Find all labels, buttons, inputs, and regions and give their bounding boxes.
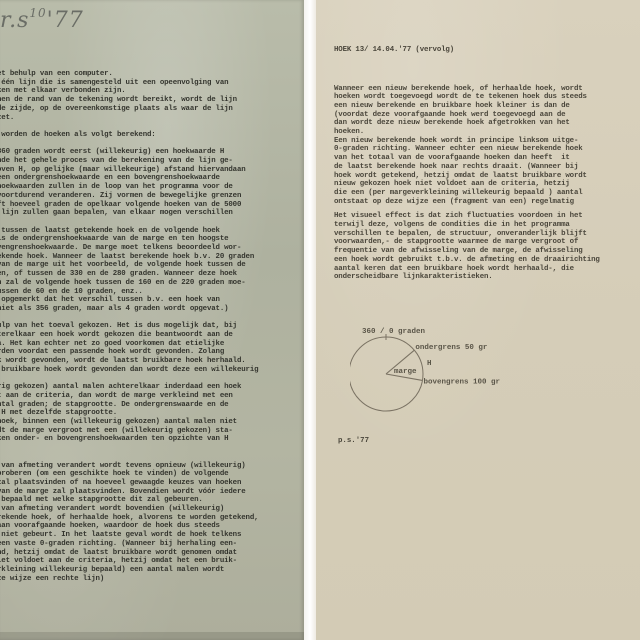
text-line: rekende hoek, of herhaalde hoek, alvoren…: [0, 514, 258, 523]
lower-bound-label: ondergrens 50 gr: [415, 344, 487, 352]
left-page-text: et behulp van een computer. één lijn die…: [0, 70, 258, 592]
text-line: van afmeting verandert wordt bovendien (…: [0, 505, 258, 514]
text-line: bruikbare hoek wordt gevonden dan wordt …: [0, 366, 258, 375]
marge-label: marge: [394, 368, 417, 376]
text-line: oven H, op gelijke (maar willekeurige) a…: [0, 166, 258, 175]
left-page: r.s10'77 et behulp van een computer. één…: [0, 0, 304, 640]
paragraph: rig gekozen) aantal malen achterelkaar i…: [0, 383, 258, 453]
text-line: terelkaar een hoek wordt gekozen die bea…: [0, 331, 258, 340]
text-line: (voordat deze voorafgaande hoek werd toe…: [334, 111, 600, 120]
text-line: een vaste 0-graden richting. (Wanneer bi…: [0, 540, 258, 549]
text-line: Het visueel effect is dat zich fluctuati…: [334, 212, 600, 221]
right-paragraphs: Wanneer een nieuw berekende hoek, of her…: [334, 85, 600, 282]
text-line: dan wordt deze nieuw berekende hoek afge…: [334, 119, 600, 128]
text-line: k wordt gevonden, wordt de laatst bruikb…: [0, 357, 258, 366]
text-line: Wanneer een nieuw berekende hoek, of her…: [334, 85, 600, 94]
handwritten-prefix: r.s: [0, 8, 29, 33]
text-line: vengrenshoekwaarde. De marge moet telken…: [0, 244, 258, 253]
upper-bound-label: bovengrens 100 gr: [423, 378, 500, 386]
text-line: voorwaarden,- de stapgrootte waarmee de …: [334, 238, 600, 247]
text-line: hoek wordt getekend, hetzij omdat de laa…: [334, 172, 600, 181]
text-line: nde het gehele proces van de berekening …: [0, 157, 258, 166]
text-line: t aan de criteria, dan wordt de marge ve…: [0, 392, 258, 401]
h-label: H: [427, 360, 432, 368]
text-line: voortdurend veranderen. Zij vormen de be…: [0, 192, 258, 201]
page-gutter: [304, 0, 316, 640]
right-page-text: HOEK 13/ 14.04.'77 (vervolg) Wanneer een…: [334, 29, 600, 305]
text-line: zet.: [0, 114, 258, 123]
text-line: ntal graden; de stapgrootte. De ondergre…: [0, 401, 258, 410]
text-line: niet als 356 graden, maar als 4 graden w…: [0, 305, 258, 314]
text-line: 360 graden wordt eerst (willekeurig) een…: [0, 148, 258, 157]
text-line: proberen (om een geschikte hoek te vinde…: [0, 470, 258, 479]
paragraph: Wanneer een nieuw berekende hoek, of her…: [334, 85, 600, 207]
page-header: HOEK 13/ 14.04.'77 (vervolg): [334, 46, 600, 55]
text-line: de laatst berekende hoek naar rechts dra…: [334, 163, 600, 172]
text-line: iet voldoet aan de criteria, hetzij omda…: [0, 557, 258, 566]
text-line: ontstaat op deze wijze een (fragment van…: [334, 198, 600, 207]
text-line: tussen de laatst getekende hoek en de vo…: [0, 227, 258, 236]
text-line: ekende hoek. Wanneer de laatst berekende…: [0, 253, 258, 262]
text-line: hoek, binnen een (willekeurig gekozen) a…: [0, 418, 258, 427]
text-line: en, of tussen de 330 en de 280 graden. W…: [0, 270, 258, 279]
paragraph: Het visueel effect is dat zich fluctuati…: [334, 212, 600, 282]
text-line: bepaald met welke stapgrootte dit zal ge…: [0, 496, 258, 505]
text-line: et behulp van een computer.: [0, 70, 258, 79]
text-line: nd, hetzij omdat de laatst bruikbare wor…: [0, 549, 258, 558]
text-line: één lijn die is samengesteld uit een ope…: [0, 79, 258, 88]
text-line: aan voorafgaande hoeken, waardoor de hoe…: [0, 522, 258, 531]
text-line: opgemerkt dat het verschil tussen b.v. e…: [0, 296, 258, 305]
text-line: .: [0, 444, 258, 453]
paragraph: 360 graden wordt eerst (willekeurig) een…: [0, 148, 258, 218]
text-line: van de marge uit het voorbeeld, de volge…: [0, 261, 258, 270]
text-line: rden voordat een passende hoek wordt gev…: [0, 348, 258, 357]
text-line: niet gebeurt. In het laatste geval wordt…: [0, 531, 258, 540]
text-line: rkleining willekeurig bepaald) een aanta…: [0, 566, 258, 575]
text-line: ken met elkaar verbonden zijn.: [0, 87, 258, 96]
text-line: van het totaal van de voorafgaande hoeke…: [334, 154, 600, 163]
paragraph: ulp van het toeval gekozen. Het is dus m…: [0, 322, 258, 374]
text-line: een ondergrenshoekwaarde en een bovengre…: [0, 174, 258, 183]
text-line: een nieuw berekende en bruikbare hoek kl…: [334, 102, 600, 111]
text-line: terwijl deze, volgens de condities die i…: [334, 221, 600, 230]
text-line: H met dezelfde stapgrootte.: [0, 409, 258, 418]
text-line: aantal keren dat een bruikbare hoek word…: [334, 265, 600, 274]
text-line: Een nieuw berekende hoek wordt in princi…: [334, 137, 600, 146]
handwritten-year: '77: [47, 8, 84, 33]
text-line: nieuw gekozen hoek niet voldoet aan de c…: [334, 180, 600, 189]
text-line: die een (per margeverkleining willekeuri…: [334, 189, 600, 198]
text-line: zal plaatsvinden of na hoeveel gewaagde …: [0, 479, 258, 488]
text-line: n zal de volgende hoek tussen de 160 en …: [0, 279, 258, 288]
paragraph: tussen de laatst getekende hoek en de vo…: [0, 227, 258, 314]
text-line: ussen de 60 en de 10 graden, enz..: [0, 288, 258, 297]
handwritten-note: r.s10'77: [0, 8, 84, 33]
text-line: verschillen te bepalen, de structuur, on…: [334, 230, 600, 239]
paragraph: van afmeting verandert wordt tevens opni…: [0, 462, 258, 584]
text-line: de zijde, op de overeenkomstige plaats a…: [0, 105, 258, 114]
text-line: ze wijze een rechte lijn): [0, 575, 258, 584]
signature: p.s.'77: [338, 437, 369, 445]
text-line: hoeken wordt toegevoegd wordt de te teke…: [334, 93, 600, 102]
text-line: ken onder- en bovengrenshoekwaarden ten …: [0, 435, 258, 444]
text-line: ulp van het toeval gekozen. Het is dus m…: [0, 322, 258, 331]
text-line: rig gekozen) aantal malen achterelkaar i…: [0, 383, 258, 392]
text-line: lijn zullen gaan bepalen, van elkaar mog…: [0, 209, 258, 218]
text-line: een hoek wordt gebruikt t.b.v. de afmeti…: [334, 256, 600, 265]
text-line: van afmeting verandert wordt tevens opni…: [0, 462, 258, 471]
text-line: hoekwaarden zullen in de loop van het pr…: [0, 183, 258, 192]
angle-diagram: 360 / 0 graden ondergrens 50 gr bovengre…: [350, 320, 550, 430]
paragraph: et behulp van een computer. één lijn die…: [0, 70, 258, 122]
text-line: dt de marge vergroot met een (willekeuri…: [0, 427, 258, 436]
handwritten-superscript: 10: [29, 6, 46, 20]
text-line: 0-graden richting. Wanneer echter een ni…: [334, 145, 600, 154]
paragraph: worden de hoeken als volgt berekend:: [0, 131, 258, 140]
text-line: van de marge zal plaatsvinden. Bovendien…: [0, 488, 258, 497]
text-line: a. Het kan echter net zo goed voorkomen …: [0, 340, 258, 349]
top-label: 360 / 0 graden: [362, 328, 426, 336]
text-line: ft hoeveel graden de opelkaar volgende h…: [0, 201, 258, 210]
text-line: ls de ondergrenshoekwaarde van de marge …: [0, 235, 258, 244]
text-line: worden de hoeken als volgt berekend:: [0, 131, 258, 140]
text-line: onderscheidbare lijnkarakteristieken.: [334, 273, 600, 282]
text-line: hoeken.: [334, 128, 600, 137]
text-line: frequentie van de afwisseling van de mar…: [334, 247, 600, 256]
text-line: nen de rand van de tekening wordt bereik…: [0, 96, 258, 105]
